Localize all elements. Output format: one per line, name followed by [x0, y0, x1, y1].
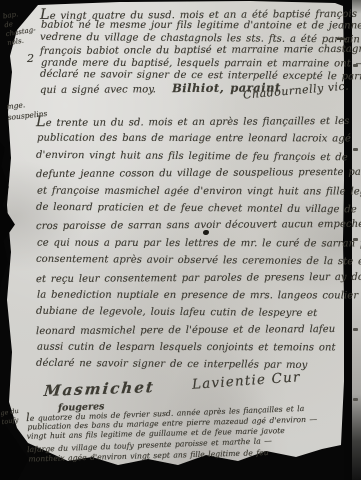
handwritten-line: aussi cutin de lesparn lesquels conjoint… — [37, 339, 345, 357]
handwritten-line: defunte jeanne cosson du village de sous… — [36, 164, 344, 184]
folio-number: 2 — [27, 52, 34, 65]
facing-page-ink-mark — [353, 328, 358, 331]
facing-page-ink-mark — [353, 148, 358, 151]
handwritten-line: ce qui nous a paru par les lettres de mr… — [37, 234, 345, 252]
handwritten-line: publication des bans de mariage entre le… — [37, 130, 345, 148]
handwritten-line-text: qui a signé avec moy. — [40, 85, 156, 97]
handwritten-line: cros paroisse de sarran sans avoir décou… — [36, 216, 344, 236]
entry-baptism-babiot: Le vingt quatre du susd. mois et an a ét… — [40, 8, 343, 95]
facing-page-ink-mark — [353, 398, 358, 401]
margin-note-baptism: bap. de chastag- nols. — [2, 8, 37, 48]
entry-marriage-mazeaud: le quatorze du mois de fevrier susd. ann… — [26, 402, 352, 465]
handwritten-line: françois babiot oncle du baptisé et marr… — [40, 44, 343, 59]
handwritten-line: et reçu leur consentement par paroles de… — [36, 268, 344, 288]
handwritten-line: dubiane de legevole, louis lafeu cutin d… — [36, 303, 344, 323]
margin-note-second-marriage: ge du toufy — [0, 407, 21, 426]
ink-stroke — [337, 38, 347, 40]
handwritten-line: et françoise masmichel agée d'environ vi… — [37, 182, 345, 200]
handwritten-line: leonard masmichel pere de l'épouse et de… — [36, 321, 344, 341]
handwritten-line: consentement après avoir observé les cer… — [36, 251, 344, 271]
manuscript-scan: bap. de chastag- nols. 2 Le vingt quatre… — [0, 0, 361, 480]
handwritten-line: Le trente un du sd. mois et an après les… — [36, 112, 344, 132]
handwritten-line: la benediction nuptiale en presence de m… — [37, 287, 345, 305]
entry-marriage-lacroix-masmichel: Le trente un du sd. mois et an après les… — [36, 113, 344, 374]
